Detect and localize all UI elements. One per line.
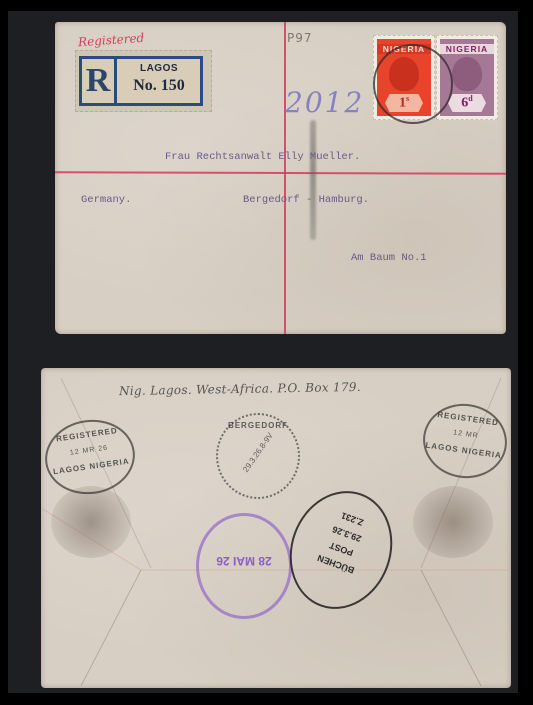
- registered-oval-postmark: REGISTERED 12 MR 26 LAGOS NIGERIA: [40, 414, 139, 500]
- pencil-reference: P97: [287, 31, 313, 45]
- envelope-back: Nig. Lagos. West-Africa. P.O. Box 179. R…: [41, 368, 511, 688]
- lagos-postmark: [373, 44, 453, 124]
- address-country: Germany.: [81, 194, 131, 206]
- registration-label: R LAGOS No. 150: [75, 50, 212, 112]
- sender-handwritten-note: Nig. Lagos. West-Africa. P.O. Box 179.: [119, 380, 361, 398]
- fold-smudge: [310, 120, 316, 240]
- king-portrait-icon: [452, 57, 482, 91]
- registered-handwritten: Registered: [78, 31, 145, 50]
- bergedorf-postmark: BERGEDORF 29.3.26.8-9V: [216, 413, 300, 499]
- address-street: Am Baum No.1: [351, 252, 427, 264]
- envelope-front: Registered R LAGOS No. 150 P97 2012 NIGE…: [55, 22, 506, 334]
- stamp-value: 6d: [448, 94, 486, 112]
- registration-line-horizontal: [55, 171, 506, 175]
- registered-oval-postmark: REGISTERED 12 MR LAGOS NIGERIA: [418, 399, 511, 484]
- registration-number: No. 150: [118, 77, 200, 95]
- registration-letter: R: [82, 59, 117, 103]
- blue-crayon-number: 2012: [285, 86, 364, 119]
- registration-line-vertical: [284, 22, 286, 334]
- address-city: Bergedorf - Hamburg.: [243, 194, 369, 206]
- glue-stain: [413, 486, 493, 558]
- address-recipient: Frau Rechtsanwalt Elly Mueller.: [165, 151, 360, 163]
- registration-city: LAGOS: [118, 63, 200, 74]
- violet-arrival-postmark: 28 MAI 26: [196, 513, 292, 619]
- glue-stain: [51, 486, 131, 558]
- stamp-country: NIGERIA: [440, 44, 494, 54]
- buchen-transit-postmark: Z.231 29.3.26 POST BÜCHEN: [273, 477, 408, 624]
